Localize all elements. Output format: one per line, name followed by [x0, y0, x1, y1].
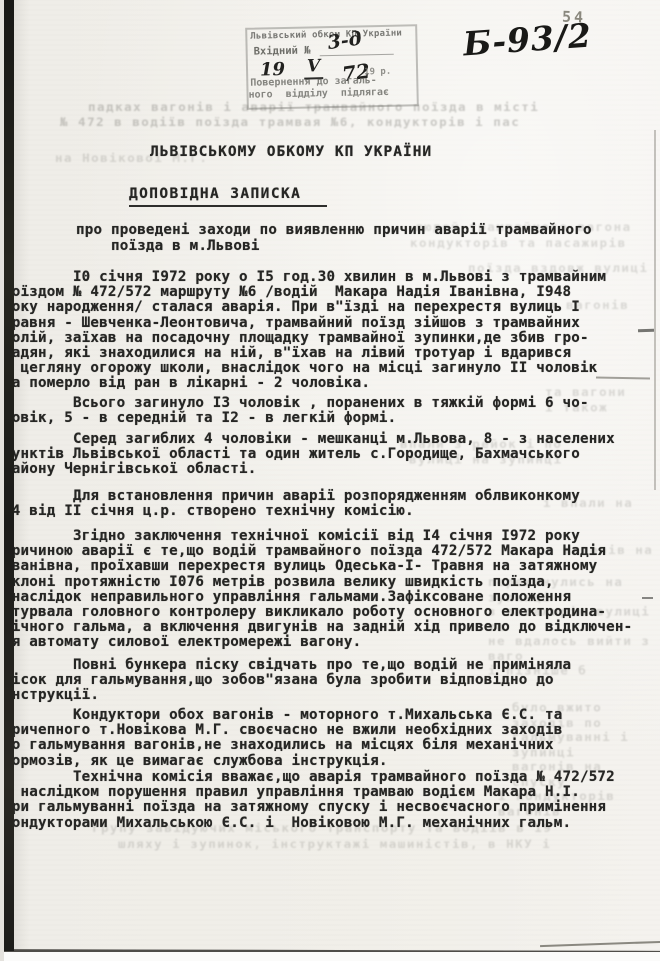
stamp-blank-line — [320, 54, 394, 57]
paragraph-7: Кондуктори обох вагонів - моторного т.Ми… — [3, 708, 651, 769]
paragraph-6: Повні бункера піску свідчать про те,що в… — [3, 658, 651, 704]
paragraph-5: Згідно заключення технічної комісії від … — [3, 529, 651, 651]
stamp-incoming-label: Вхідний № — [254, 44, 311, 57]
document-recipient-heading: ЛЬВІВСЬКОМУ ОБКОМУ КП УКРАЇНИ — [150, 144, 432, 160]
left-binding-band — [4, 0, 14, 951]
paragraph-1: І0 січня І972 року о І5 год.30 хвилин в … — [3, 270, 651, 392]
paragraph-2: Всього загинуло ІЗ чоловік , поранених в… — [3, 396, 651, 426]
ink-smudge — [638, 329, 654, 332]
stamp-return-note-line2: ного відділу підлягає — [248, 87, 389, 101]
page-number: 54 — [562, 8, 587, 27]
stamp-incoming-number-handwritten: 3-д — [326, 27, 363, 54]
scanned-document-page: падках вагонів і аварії трамвайного поїз… — [0, 0, 660, 961]
registration-stamp: Львівський обком КП України Вхідний № 3-… — [245, 24, 419, 110]
paragraph-3: Серед загиблих 4 чоловіки - мешканці м.Л… — [3, 432, 651, 478]
scanner-background — [0, 952, 660, 961]
paragraph-4: Для встановлення причин аварії розпорядж… — [3, 489, 651, 519]
document-subject: про проведені заходи по виявленню причин… — [76, 222, 592, 254]
underlying-page-edge — [540, 941, 660, 947]
document-type-title: ДОПОВІДНА ЗАПИСКА — [129, 186, 327, 207]
paragraph-8: Технічна комісія вважає,що аварія трамва… — [3, 770, 651, 831]
bleedthrough-text: шляху і зупинок, інструктажі машиністів,… — [118, 836, 551, 851]
page-right-edge-line — [654, 130, 656, 490]
bleedthrough-text: № 472 в водіїв поїзда трамвая №6, кондук… — [60, 114, 520, 129]
ink-smudge — [642, 597, 653, 599]
